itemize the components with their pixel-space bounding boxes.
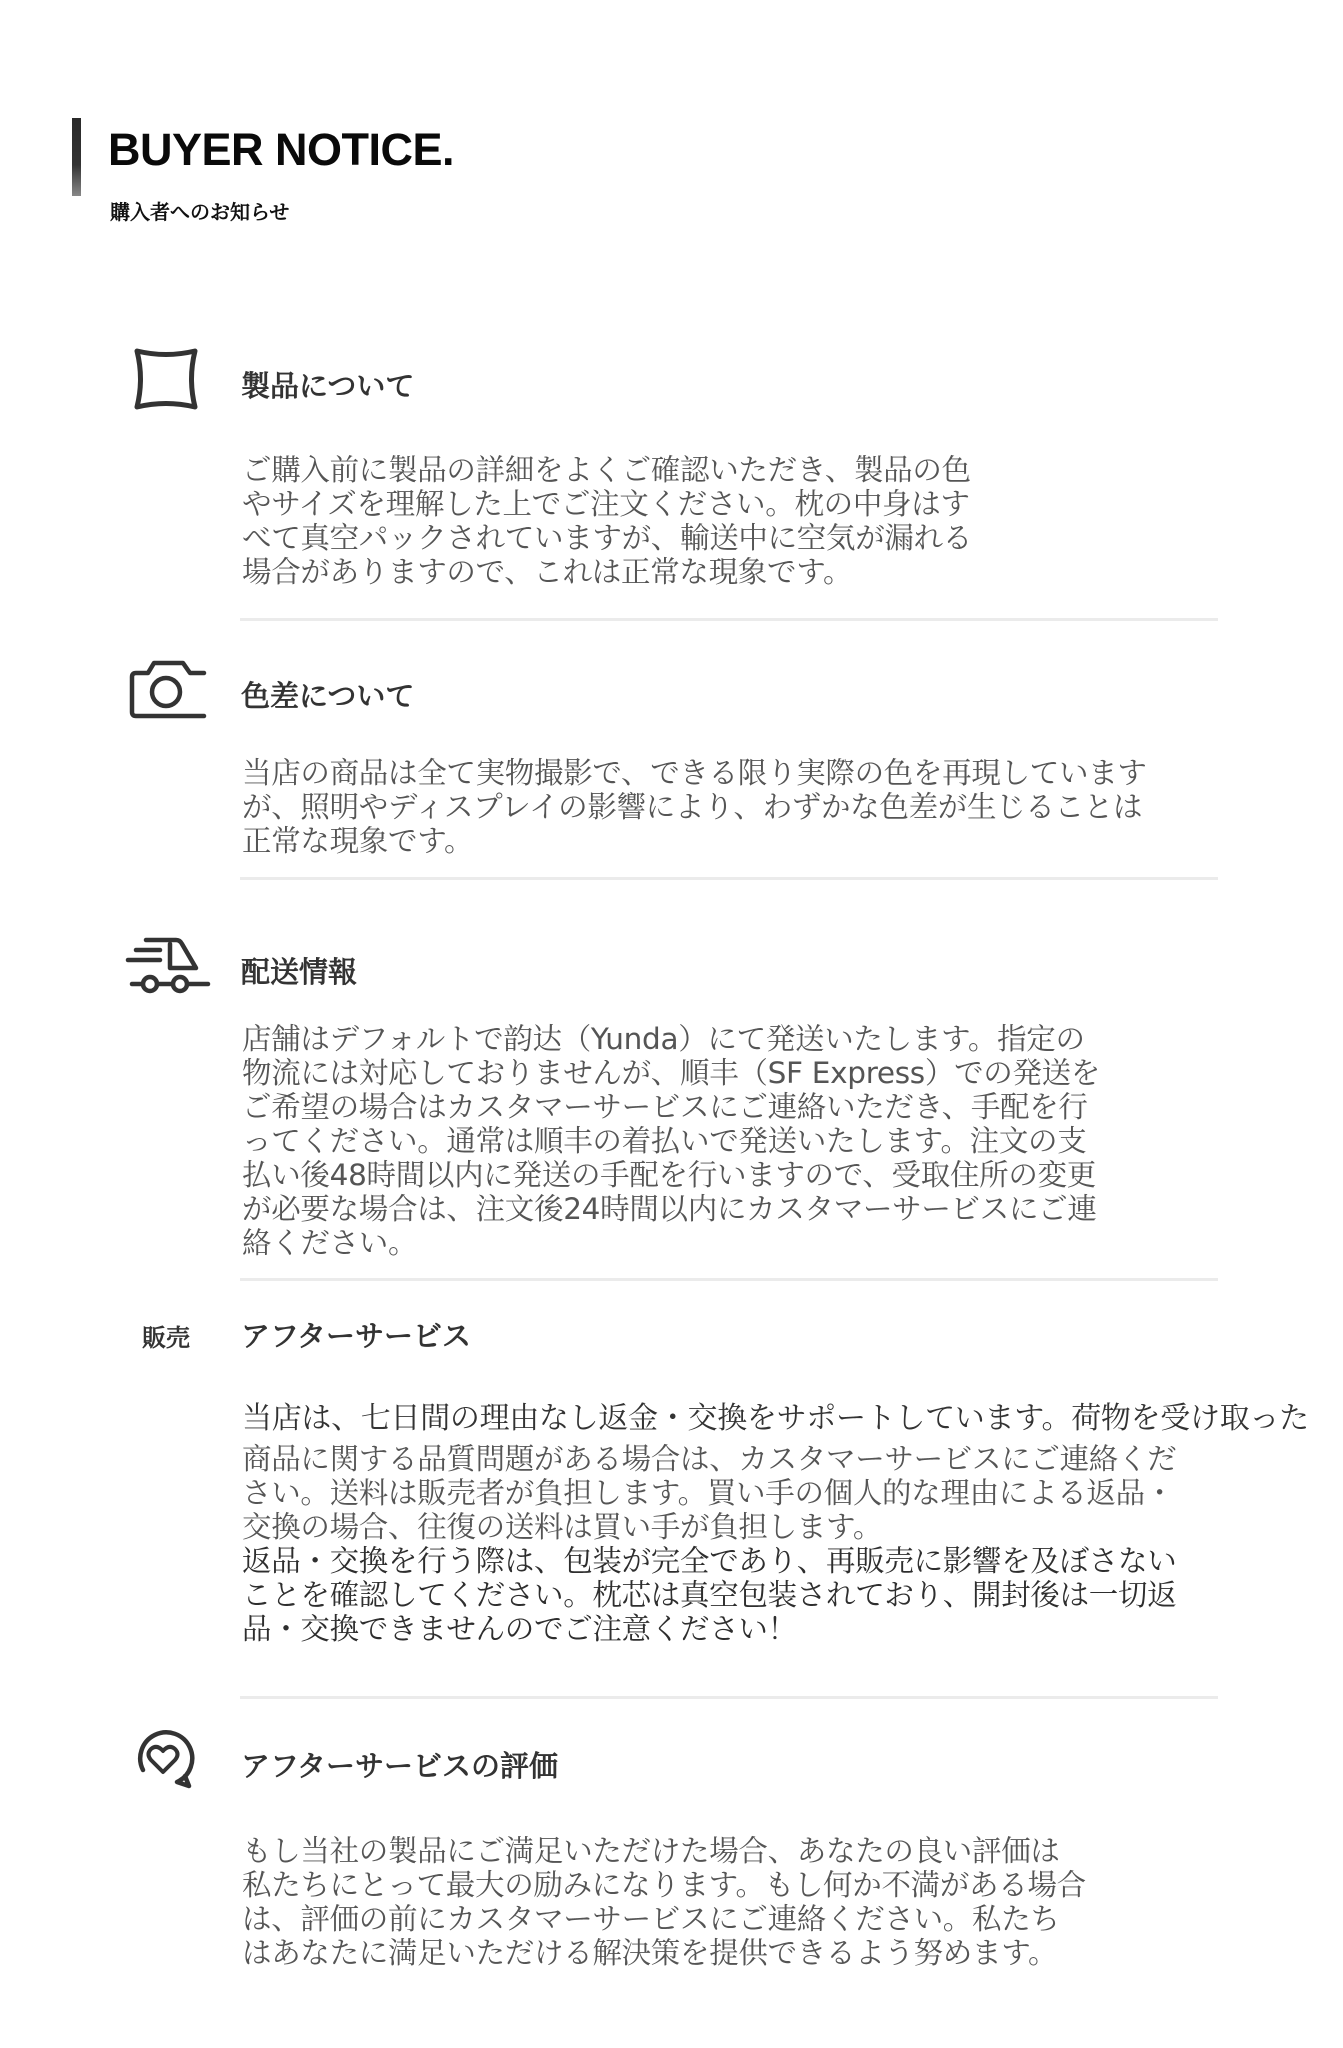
sales-label: 販売 xyxy=(142,1318,190,1353)
body-line-emphasis: 品・交換できませんのでご注意ください！ xyxy=(242,1612,1309,1646)
section-heading: 色差について xyxy=(241,674,414,715)
body-line: 場合がありますので、これは正常な現象です。 xyxy=(242,555,972,589)
body-line: 物流には対応しておりませんが、順丰（SF Express）での発送を xyxy=(242,1056,1100,1090)
divider xyxy=(240,877,1218,880)
body-line-emphasis: ことを確認してください。枕芯は真空包装されており、開封後は一切返 xyxy=(242,1578,1309,1612)
body-line: べて真空パックされていますが、輸送中に空気が漏れる xyxy=(242,521,972,555)
body-line: ご希望の場合はカスタマーサービスにご連絡いただき、手配を行 xyxy=(242,1090,1100,1124)
body-line: ご購入前に製品の詳細をよくご確認いただき、製品の色 xyxy=(242,453,972,487)
body-line: やサイズを理解した上でご注文ください。枕の中身はす xyxy=(242,487,972,521)
section-body: もし当社の製品にご満足いただけた場合、あなたの良い評価は 私たちにとって最大の励… xyxy=(242,1834,1086,1970)
section-body: 当店は、七日間の理由なし返金・交換をサポートしています。荷物を受け取った 商品に… xyxy=(242,1402,1309,1646)
pillow-icon xyxy=(131,346,201,412)
body-line: 当店の商品は全て実物撮影で、できる限り実際の色を再現しています xyxy=(242,756,1147,790)
body-line: が、照明やディスプレイの影響により、わずかな色差が生じることは xyxy=(242,790,1147,824)
body-line: 店舗はデフォルトで韵达（Yunda）にて発送いたします。指定の xyxy=(242,1022,1100,1056)
body-line: さい。送料は販売者が負担します。買い手の個人的な理由による返品・ xyxy=(242,1476,1309,1510)
section-heading: 配送情報 xyxy=(241,950,357,991)
section-heading: アフターサービス xyxy=(241,1314,471,1355)
body-line: はあなたに満足いただける解決策を提供できるよう努めます。 xyxy=(242,1936,1086,1970)
body-line: もし当社の製品にご満足いただけた場合、あなたの良い評価は xyxy=(242,1834,1086,1868)
body-line: が必要な場合は、注文後24時間以内にカスタマーサービスにご連 xyxy=(242,1192,1100,1226)
section-heading: 製品について xyxy=(241,364,414,405)
section-body: 当店の商品は全て実物撮影で、できる限り実際の色を再現しています が、照明やディス… xyxy=(242,756,1147,858)
section-heading: アフターサービスの評価 xyxy=(241,1744,558,1785)
body-line: 商品に関する品質問題がある場合は、カスタマーサービスにご連絡くだ xyxy=(242,1442,1309,1476)
body-line-emphasis: 返品・交換を行う際は、包装が完全であり、再販売に影響を及ぼさない xyxy=(242,1544,1309,1578)
divider xyxy=(240,1278,1218,1281)
body-line: 交換の場合、往復の送料は買い手が負担します。 xyxy=(242,1510,1309,1544)
page-subtitle: 購入者へのお知らせ xyxy=(110,196,289,225)
body-line: ってください。通常は順丰の着払いで発送いたします。注文の支 xyxy=(242,1124,1100,1158)
header-accent-bar xyxy=(72,118,81,196)
body-lead-line: 当店は、七日間の理由なし返金・交換をサポートしています。荷物を受け取った xyxy=(242,1402,1309,1436)
delivery-truck-icon xyxy=(124,934,212,996)
section-body: ご購入前に製品の詳細をよくご確認いただき、製品の色 やサイズを理解した上でご注文… xyxy=(242,453,972,589)
section-body: 店舗はデフォルトで韵达（Yunda）にて発送いたします。指定の 物流には対応して… xyxy=(242,1022,1100,1260)
body-line: 正常な現象です。 xyxy=(242,824,1147,858)
page-title: BUYER NOTICE. xyxy=(108,124,454,176)
body-line: は、評価の前にカスタマーサービスにご連絡ください。私たち xyxy=(242,1902,1086,1936)
chat-heart-icon xyxy=(133,1728,195,1790)
body-line: 払い後48時間以内に発送の手配を行いますので、受取住所の変更 xyxy=(242,1158,1100,1192)
body-line: 私たちにとって最大の励みになります。もし何か不満がある場合 xyxy=(242,1868,1086,1902)
divider xyxy=(240,1696,1218,1699)
body-line: 絡ください。 xyxy=(242,1226,1100,1260)
divider xyxy=(240,618,1218,621)
camera-icon xyxy=(128,656,208,720)
